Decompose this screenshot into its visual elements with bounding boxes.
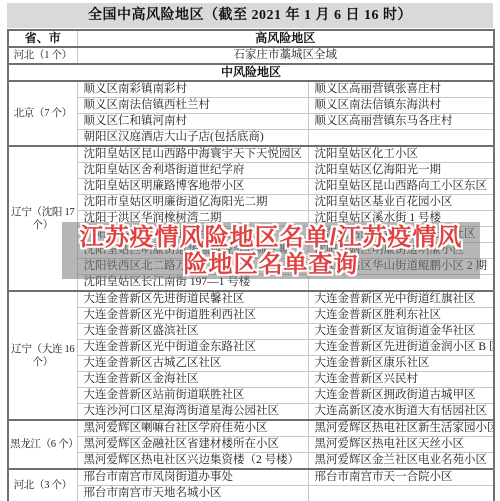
area-cell: 沈阳皇姑区化工小区 bbox=[308, 146, 494, 163]
area-cell: 大连金普新区金海社区 bbox=[77, 372, 308, 388]
province-cell: 北京（7 个） bbox=[8, 81, 77, 146]
area-cell: 大连金普新区盛滨社区 bbox=[77, 324, 308, 340]
area-cell: 沈阳皇姑区基业百花园小区 bbox=[308, 195, 494, 211]
area-cell: 顺义区仁和镇河南村 bbox=[77, 114, 308, 130]
table-row: 大连金普新区古城乙区社区大连金普新区康乐社区 bbox=[8, 356, 494, 372]
area-cell: 沈阳皇姑区明廉路博客地带小区 bbox=[77, 179, 308, 195]
table-row: 大连金普新区盛滨社区大连金普新区友谊街道金华社区 bbox=[8, 324, 494, 340]
table-row: 沈阳皇姑区舍利塔街道世纪学府沈阳皇姑区亿海阳光一期 bbox=[8, 163, 494, 179]
area-cell: 黑河爱辉区热电社区兴边集资楼（2 号楼） bbox=[77, 453, 308, 470]
table-row: 中风险地区 bbox=[8, 64, 494, 81]
area-cell: 朝阳区汉庭酒店大山子店(包括底商) bbox=[77, 130, 308, 147]
province-cell: 河北（1 个） bbox=[8, 47, 77, 64]
area-cell: 顺义区南法信镇西杜兰村 bbox=[77, 98, 308, 114]
area-cell: 沈阳皇姑区亿海阳光一期 bbox=[308, 163, 494, 179]
table-row: 辽宁（大连 16 个）大连金普新区先进街道民馨社区大连金普新区光中街道红旗社区 bbox=[8, 291, 494, 308]
table-row: 沈阳皇姑区明廉路博客地带小区沈阳皇姑区昆山西路向工小区东区 bbox=[8, 179, 494, 195]
table-row: 沈阳市皇姑区明廉街道亿海阳光二期沈阳皇姑区基业百花园小区 bbox=[8, 195, 494, 211]
table-row: 河北（3 个）邢台市南宫市凤岗街道办事处邢台市南宫市天一合院小区 bbox=[8, 469, 494, 486]
area-cell: 石家庄市藁城区全域 bbox=[77, 47, 494, 64]
area-cell: 沈阳皇姑区舍利塔街道世纪学府 bbox=[77, 163, 308, 179]
province-cell: 河北（3 个） bbox=[8, 469, 77, 501]
area-cell: 大连高新区凌水街道大有恬园社区 bbox=[308, 404, 494, 421]
watermark-line2: 险地区名单查询 bbox=[184, 251, 359, 278]
area-cell: 黑河爱辉区金兰社区电业名苑小区 bbox=[308, 453, 494, 470]
page-title: 全国中高风险地区（截至 2021 年 1 月 6 日 16 时） bbox=[7, 3, 493, 28]
table-row: 北京（7 个）顺义区南彩镇南彩村顺义区高丽营镇张喜庄村 bbox=[8, 81, 494, 98]
province-cell: 黑龙江（6 个） bbox=[8, 420, 77, 469]
area-cell: 大连金普新区友谊街道金华社区 bbox=[308, 324, 494, 340]
table-row: 大连金普新区站前街道联胜社区大连金普新区拥政街道古城甲区 bbox=[8, 388, 494, 404]
table-row: 顺义区仁和镇河南村顺义区高丽营镇东马各庄村 bbox=[8, 114, 494, 130]
col-header-high-risk: 高风险地区 bbox=[77, 30, 494, 47]
table-row: 大连金普新区光中街道金东路社区大连金普新区先进街道金润小区 B 区 bbox=[8, 340, 494, 356]
watermark-overlay: 江苏疫情风险地区名单/江苏疫情风 险地区名单查询 bbox=[62, 222, 480, 279]
col-header-province: 省、市 bbox=[8, 30, 77, 47]
area-cell: 顺义区南法信镇东海洪村 bbox=[308, 98, 494, 114]
area-cell: 大连金普新区先进街道民馨社区 bbox=[77, 291, 308, 308]
area-cell bbox=[308, 130, 494, 147]
table-row: 省、市高风险地区 bbox=[8, 30, 494, 47]
area-cell: 黑河爱辉区喇嘛台社区学府佳苑小区 bbox=[77, 420, 308, 437]
table-row: 河北（1 个）石家庄市藁城区全域 bbox=[8, 47, 494, 64]
area-cell: 沈阳皇姑区昆山西路向工小区东区 bbox=[308, 179, 494, 195]
table-row: 大连金普新区金海社区大连金普新区兴民村 bbox=[8, 372, 494, 388]
area-cell: 大连金普新区康乐社区 bbox=[308, 356, 494, 372]
watermark-line1: 江苏疫情风险地区名单/江苏疫情风 bbox=[80, 224, 463, 251]
area-cell: 大连沙河口区星海湾街道星海公园社区 bbox=[77, 404, 308, 421]
table-row: 辽宁（沈阳 17 个）沈阳皇姑区昆山西路中海寰宇天下天悦园区沈阳皇姑区化工小区 bbox=[8, 146, 494, 163]
medium-risk-header: 中风险地区 bbox=[8, 64, 494, 81]
area-cell: 大连金普新区先进街道金润小区 B 区 bbox=[308, 340, 494, 356]
province-cell: 辽宁（大连 16 个） bbox=[8, 291, 77, 420]
table-row: 顺义区南法信镇西杜兰村顺义区南法信镇东海洪村 bbox=[8, 98, 494, 114]
area-cell: 顺义区高丽营镇张喜庄村 bbox=[308, 81, 494, 98]
area-cell: 沈阳皇姑区昆山西路中海寰宇天下天悦园区 bbox=[77, 146, 308, 163]
area-cell bbox=[308, 486, 494, 501]
table-row: 大连金普新区光中街道胜利西社区大连金普新区胜利东社区 bbox=[8, 308, 494, 324]
table-row: 黑河爱辉区金融社区省建材楼所在小区黑河爱辉区热电社区天丝小区 bbox=[8, 437, 494, 453]
area-cell: 邢台市南宫市天地名城小区 bbox=[77, 486, 308, 501]
area-cell: 邢台市南宫市天一合院小区 bbox=[308, 469, 494, 486]
area-cell: 大连金普新区光中街道红旗社区 bbox=[308, 291, 494, 308]
table-row: 朝阳区汉庭酒店大山子店(包括底商) bbox=[8, 130, 494, 147]
area-cell: 大连金普新区兴民村 bbox=[308, 372, 494, 388]
table-row: 大连沙河口区星海湾街道星海公园社区大连高新区凌水街道大有恬园社区 bbox=[8, 404, 494, 421]
area-cell: 沈阳市皇姑区明廉街道亿海阳光二期 bbox=[77, 195, 308, 211]
area-cell: 大连金普新区古城乙区社区 bbox=[77, 356, 308, 372]
area-cell: 黑河爱辉区热电社区新生活家园小区 bbox=[308, 420, 494, 437]
area-cell: 大连金普新区光中街道胜利西社区 bbox=[77, 308, 308, 324]
area-cell: 大连金普新区胜利东社区 bbox=[308, 308, 494, 324]
area-cell: 大连金普新区光中街道金东路社区 bbox=[77, 340, 308, 356]
area-cell: 黑河爱辉区热电社区天丝小区 bbox=[308, 437, 494, 453]
table-row: 邢台市南宫市天地名城小区 bbox=[8, 486, 494, 501]
table-row: 黑龙江（6 个）黑河爱辉区喇嘛台社区学府佳苑小区黑河爱辉区热电社区新生活家园小区 bbox=[8, 420, 494, 437]
area-cell: 顺义区高丽营镇东马各庄村 bbox=[308, 114, 494, 130]
area-cell: 邢台市南宫市凤岗街道办事处 bbox=[77, 469, 308, 486]
area-cell: 大连金普新区拥政街道古城甲区 bbox=[308, 388, 494, 404]
area-cell: 大连金普新区站前街道联胜社区 bbox=[77, 388, 308, 404]
area-cell: 黑河爱辉区金融社区省建材楼所在小区 bbox=[77, 437, 308, 453]
area-cell: 顺义区南彩镇南彩村 bbox=[77, 81, 308, 98]
table-row: 黑河爱辉区热电社区兴边集资楼（2 号楼）黑河爱辉区金兰社区电业名苑小区 bbox=[8, 453, 494, 470]
